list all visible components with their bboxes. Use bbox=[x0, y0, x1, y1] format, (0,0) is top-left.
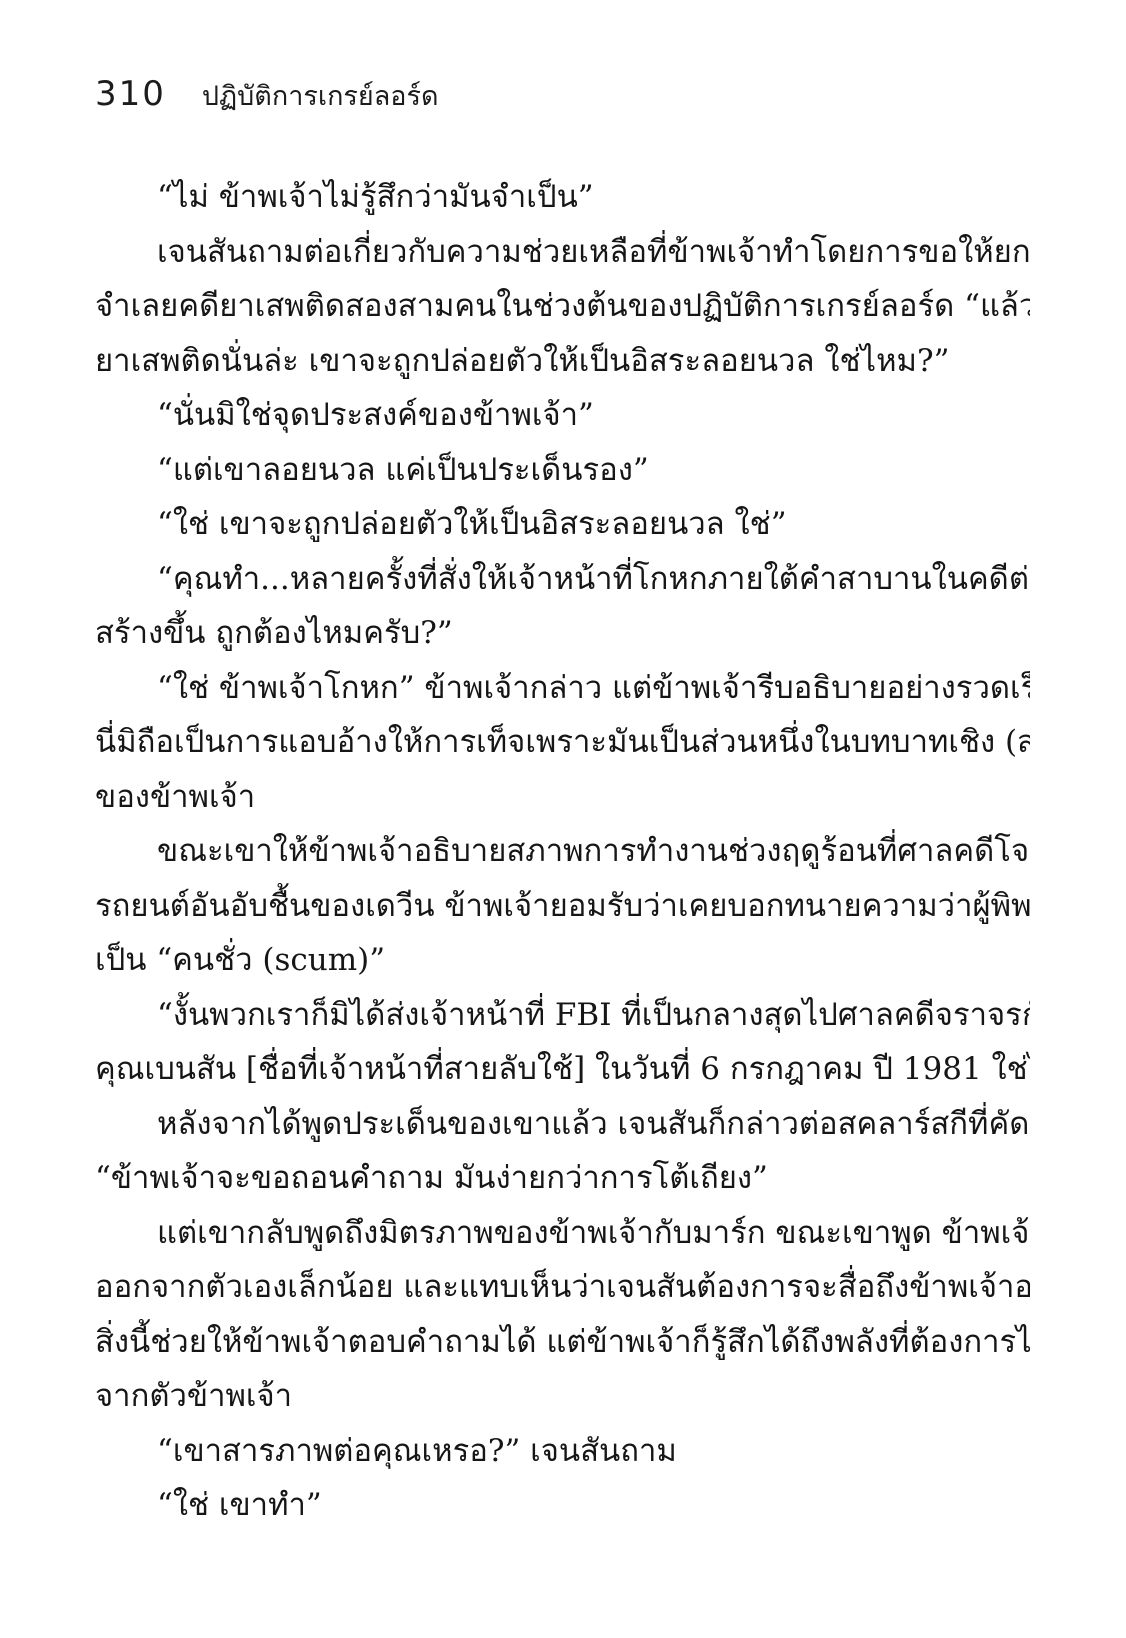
running-header: ปฏิบัติการเกรย์ลอร์ด bbox=[202, 79, 439, 115]
text-line: “คุณทำ...หลายครั้งที่สั่งให้เจ้าหน้าที่โ… bbox=[95, 552, 1030, 607]
page-body: “ไม่ ข้าพเจ้าไม่รู้สึกว่ามันจำเป็น”เจนสั… bbox=[95, 170, 1030, 1533]
text-line: “เขาสารภาพต่อคุณเหรอ?” เจนสันถาม bbox=[95, 1424, 1030, 1479]
text-line: เจนสันถามต่อเกี่ยวกับความช่วยเหลือที่ข้า… bbox=[95, 225, 1030, 280]
book-page: 310 ปฏิบัติการเกรย์ลอร์ด “ไม่ ข้าพเจ้าไม… bbox=[0, 0, 1126, 1638]
text-line: “แต่เขาลอยนวล แค่เป็นประเด็นรอง” bbox=[95, 443, 1030, 498]
paragraph: หลังจากได้พูดประเด็นของเขาแล้ว เจนสันก็ก… bbox=[95, 1097, 1030, 1206]
text-line: นี่มิถือเป็นการแอบอ้างให้การเท็จเพราะมัน… bbox=[95, 715, 1030, 770]
text-line: คุณเบนสัน [ชื่อที่เจ้าหน้าที่สายลับใช้] … bbox=[95, 1042, 1030, 1097]
paragraph: เจนสันถามต่อเกี่ยวกับความช่วยเหลือที่ข้า… bbox=[95, 225, 1030, 389]
text-line: จำเลยคดียาเสพติดสองสามคนในช่วงต้นของปฏิบ… bbox=[95, 279, 1030, 334]
paragraph: “ใช่ เขาทำ” bbox=[95, 1478, 1030, 1533]
text-line: “ใช่ เขาทำ” bbox=[95, 1478, 1030, 1533]
text-line: ยาเสพติดนั่นล่ะ เขาจะถูกปล่อยตัวให้เป็นอ… bbox=[95, 334, 1030, 389]
paragraph: “ใช่ ข้าพเจ้าโกหก” ข้าพเจ้ากล่าว แต่ข้าพ… bbox=[95, 661, 1030, 825]
text-line: ออกจากตัวเองเล็กน้อย และแทบเห็นว่าเจนสัน… bbox=[95, 1260, 1030, 1315]
text-line: “ใช่ ข้าพเจ้าโกหก” ข้าพเจ้ากล่าว แต่ข้าพ… bbox=[95, 661, 1030, 716]
paragraph: ขณะเขาให้ข้าพเจ้าอธิบายสภาพการทำงานช่วงฤ… bbox=[95, 824, 1030, 988]
paragraph: “ใช่ เขาจะถูกปล่อยตัวให้เป็นอิสระลอยนวล … bbox=[95, 497, 1030, 552]
page-number: 310 bbox=[95, 76, 166, 112]
paragraph: “นั่นมิใช่จุดประสงค์ของข้าพเจ้า” bbox=[95, 388, 1030, 443]
text-line: เป็น “คนชั่ว (scum)” bbox=[95, 933, 1030, 988]
text-line: แต่เขากลับพูดถึงมิตรภาพของข้าพเจ้ากับมาร… bbox=[95, 1206, 1030, 1261]
text-line: ของข้าพเจ้า bbox=[95, 770, 1030, 825]
text-line: “ใช่ เขาจะถูกปล่อยตัวให้เป็นอิสระลอยนวล … bbox=[95, 497, 1030, 552]
text-line: รถยนต์อันอับชื้นของเดวีน ข้าพเจ้ายอมรับว… bbox=[95, 879, 1030, 934]
page-header: 310 ปฏิบัติการเกรย์ลอร์ด bbox=[95, 76, 1030, 115]
text-line: “ข้าพเจ้าจะขอถอนคำถาม มันง่ายกว่าการโต้เ… bbox=[95, 1151, 1030, 1206]
paragraph: “คุณทำ...หลายครั้งที่สั่งให้เจ้าหน้าที่โ… bbox=[95, 552, 1030, 661]
text-line: สร้างขึ้น ถูกต้องไหมครับ?” bbox=[95, 606, 1030, 661]
paragraph: “งั้นพวกเราก็มิได้ส่งเจ้าหน้าที่ FBI ที่… bbox=[95, 988, 1030, 1097]
text-line: “งั้นพวกเราก็มิได้ส่งเจ้าหน้าที่ FBI ที่… bbox=[95, 988, 1030, 1043]
text-line: ขณะเขาให้ข้าพเจ้าอธิบายสภาพการทำงานช่วงฤ… bbox=[95, 824, 1030, 879]
paragraph: แต่เขากลับพูดถึงมิตรภาพของข้าพเจ้ากับมาร… bbox=[95, 1206, 1030, 1424]
text-line: “นั่นมิใช่จุดประสงค์ของข้าพเจ้า” bbox=[95, 388, 1030, 443]
paragraph: “ไม่ ข้าพเจ้าไม่รู้สึกว่ามันจำเป็น” bbox=[95, 170, 1030, 225]
text-line: สิ่งนี้ช่วยให้ข้าพเจ้าตอบคำถามได้ แต่ข้า… bbox=[95, 1315, 1030, 1370]
text-line: “ไม่ ข้าพเจ้าไม่รู้สึกว่ามันจำเป็น” bbox=[95, 170, 1030, 225]
text-line: จากตัวข้าพเจ้า bbox=[95, 1369, 1030, 1424]
paragraph: “เขาสารภาพต่อคุณเหรอ?” เจนสันถาม bbox=[95, 1424, 1030, 1479]
text-line: หลังจากได้พูดประเด็นของเขาแล้ว เจนสันก็ก… bbox=[95, 1097, 1030, 1152]
paragraph: “แต่เขาลอยนวล แค่เป็นประเด็นรอง” bbox=[95, 443, 1030, 498]
